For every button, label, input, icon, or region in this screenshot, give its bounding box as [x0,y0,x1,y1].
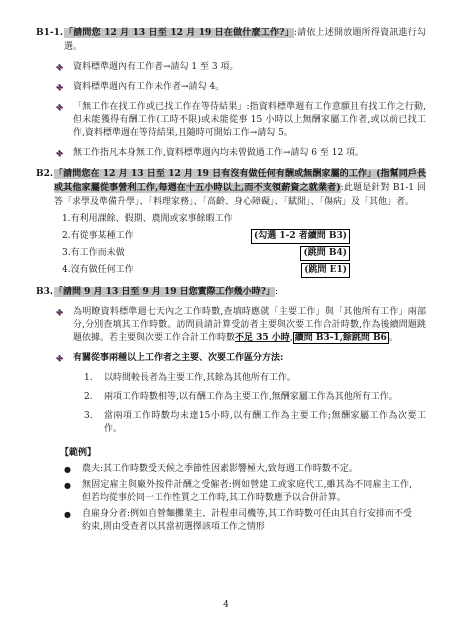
section-b1-1-title-line: 「請問您 12 月 13 日至 12 月 19 日在做什麼工作?」:請依上述開放… [64,26,426,54]
section-b1-1-question: 「請問您 12 月 13 日至 12 月 19 日在做什麼工作?」 [64,28,294,38]
clover-bullet-icon: ✤ [56,61,73,74]
b2-option-1-text: 1.有利用課餘、假期、農閒或家事餘暇工作 [62,212,233,227]
survey-manual-page: B1-1. 「請問您 12 月 13 日至 12 月 19 日在做什麼工作?」:… [0,0,452,640]
section-b1-1-heading: B1-1. 「請問您 12 月 13 日至 12 月 19 日在做什麼工作?」:… [36,26,426,54]
b2-option-3-text: 3.有工作而未做 [62,246,125,261]
b3-numbered-item-2-text: 兩項工作時數相等,以有酬工作為主要工作,無酬家屬工作為其他所有工作。 [104,391,426,404]
example-item-1: ● 農夫:其工作時數受天候之季節性因素影響極大,致每週工作時數不定。 [64,463,426,476]
section-b3-colon: : [275,287,278,297]
section-b3: B3. 「請問 9 月 13 日至 9 月 19 日您實際工作幾小時?」: ✤ … [36,285,426,534]
section-b1-1: B1-1. 「請問您 12 月 13 日至 12 月 19 日在做什麼工作?」:… [36,26,426,160]
b3-numbered-item-1-text: 以時間較長者為主要工作,其餘為其他所有工作。 [104,372,426,385]
b2-option-2-jump: (勾選 1-2 者續問 B3) [251,229,350,244]
clover-bullet-icon: ✤ [56,147,73,160]
b3-bullet-1: ✤ 為明瞭資料標準週七天內之工作時數,查填時應就「主要工作」與「其他所有工作」兩… [56,306,426,345]
b1-1-bullet-2-text: 資料標準週內有工作未作者→請勾 4。 [73,81,426,94]
example-item-2: ● 無固定雇主與廠外按件計酬之受僱者:例如營建工或家庭代工,雖其為不同雇主工作,… [64,479,426,505]
b3-numbered-item-2: 2. 兩項工作時數相等,以有酬工作為主要工作,無酬家屬工作為其他所有工作。 [84,391,426,404]
b3-numbered-item-3: 3. 當兩項工作時數均未達15小時,以有酬工作為主要工作;無酬家屬工作為次要工作… [84,410,426,436]
b2-option-3-jump: (跳問 B4) [300,246,350,261]
b3-bullet-1-part3: 。 [389,333,398,343]
b3-numbered-item-3-num: 3. [84,410,104,436]
b3-bullet-2: ✤ 有關從事兩種以上工作者之主要、次要工作區分方法: [56,352,426,365]
example-item-3: ● 自雇身分者:例如自營麵攤業主、計程車司機等,其工作時數可任由其自行安排而不受… [64,508,426,534]
section-b2-title-line: 「請問您在 12 月 13 日至 12 月 19 日有沒有做任何有酬或無酬家屬的… [54,167,426,209]
clover-bullet-icon: ✤ [56,81,73,94]
section-b2-label: B2. [36,167,54,209]
b1-1-bullet-1-text: 資料標準週內有工作者→請勾 1 至 3 項。 [73,61,426,74]
b2-option-4: 4.沒有做任何工作 (跳問 E1) [62,263,350,278]
example-header: 【範例】 [60,446,426,460]
section-b2: B2. 「請問您在 12 月 13 日至 12 月 19 日有沒有做任何有酬或無… [36,167,426,278]
b2-option-2-text: 2.有從事某種工作 [62,229,134,244]
b1-1-bullet-4: ✤ 無工作指凡本身無工作,資料標準週內均未曾做過工作→請勾 6 至 12 項。 [56,147,426,160]
b3-numbered-list: 1. 以時間較長者為主要工作,其餘為其他所有工作。 2. 兩項工作時數相等,以有… [84,372,426,436]
clover-bullet-icon: ✤ [56,101,73,140]
b1-1-bullet-2: ✤ 資料標準週內有工作未作者→請勾 4。 [56,81,426,94]
section-b1-1-label: B1-1. [36,26,64,54]
b3-bullet-1-text: 為明瞭資料標準週七天內之工作時數,查填時應就「主要工作」與「其他所有工作」兩部分… [73,306,426,345]
b1-1-bullet-1: ✤ 資料標準週內有工作者→請勾 1 至 3 項。 [56,61,426,74]
example-item-1-text: 農夫:其工作時數受天候之季節性因素影響極大,致每週工作時數不定。 [82,463,426,476]
example-item-2-text: 無固定雇主與廠外按件計酬之受僱者:例如營建工或家庭代工,雖其為不同雇主工作,但若… [82,479,426,505]
b3-bullet-2-text: 有關從事兩種以上工作者之主要、次要工作區分方法: [73,352,426,365]
b3-numbered-item-2-num: 2. [84,391,104,404]
clover-bullet-icon: ✤ [56,306,73,345]
section-b2-heading: B2. 「請問您在 12 月 13 日至 12 月 19 日有沒有做任何有酬或無… [36,167,426,209]
b2-option-3: 3.有工作而未做 (跳問 B4) [62,246,350,261]
b3-numbered-item-1: 1. 以時間較長者為主要工作,其餘為其他所有工作。 [84,372,426,385]
b1-1-bullet-3-text: 「無工作在找工作或已找工作在等待結果」:指資料標準週有工作意願且有找工作之行動,… [73,101,426,140]
clover-bullet-icon: ✤ [56,352,73,365]
section-b3-label: B3. [36,285,54,299]
b3-bullet-1-jump-box: 續問 B3-1,餘跳問 B6 [293,332,389,344]
page-number: 4 [0,600,452,610]
dot-bullet-icon: ● [64,508,82,534]
b3-numbered-item-1-num: 1. [84,372,104,385]
section-b3-question: 「請問 9 月 13 日至 9 月 19 日您實際工作幾小時?」 [54,287,275,297]
b3-numbered-item-3-text: 當兩項工作時數均未達15小時,以有酬工作為主要工作;無酬家屬工作為次要工作。 [104,410,426,436]
b2-options: 1.有利用課餘、假期、農閒或家事餘暇工作 2.有從事某種工作 (勾選 1-2 者… [62,212,350,278]
b1-1-bullet-4-text: 無工作指凡本身無工作,資料標準週內均未曾做過工作→請勾 6 至 12 項。 [73,147,426,160]
b2-option-2: 2.有從事某種工作 (勾選 1-2 者續問 B3) [62,229,350,244]
dot-bullet-icon: ● [64,479,82,505]
b1-1-bullet-3: ✤ 「無工作在找工作或已找工作在等待結果」:指資料標準週有工作意願且有找工作之行… [56,101,426,140]
b2-option-1: 1.有利用課餘、假期、農閒或家事餘暇工作 [62,212,350,227]
example-item-3-text: 自雇身分者:例如自營麵攤業主、計程車司機等,其工作時數可任由其自行安排而不受約束… [82,508,426,534]
section-b3-heading: B3. 「請問 9 月 13 日至 9 月 19 日您實際工作幾小時?」: [36,285,426,299]
dot-bullet-icon: ● [64,463,82,476]
b3-bullet-1-underlined: 不足 35 小時 [235,333,290,343]
b2-option-4-jump: (跳問 E1) [301,263,350,278]
b2-option-4-text: 4.沒有做任何工作 [62,263,134,278]
section-b3-title-line: 「請問 9 月 13 日至 9 月 19 日您實際工作幾小時?」: [54,285,426,299]
